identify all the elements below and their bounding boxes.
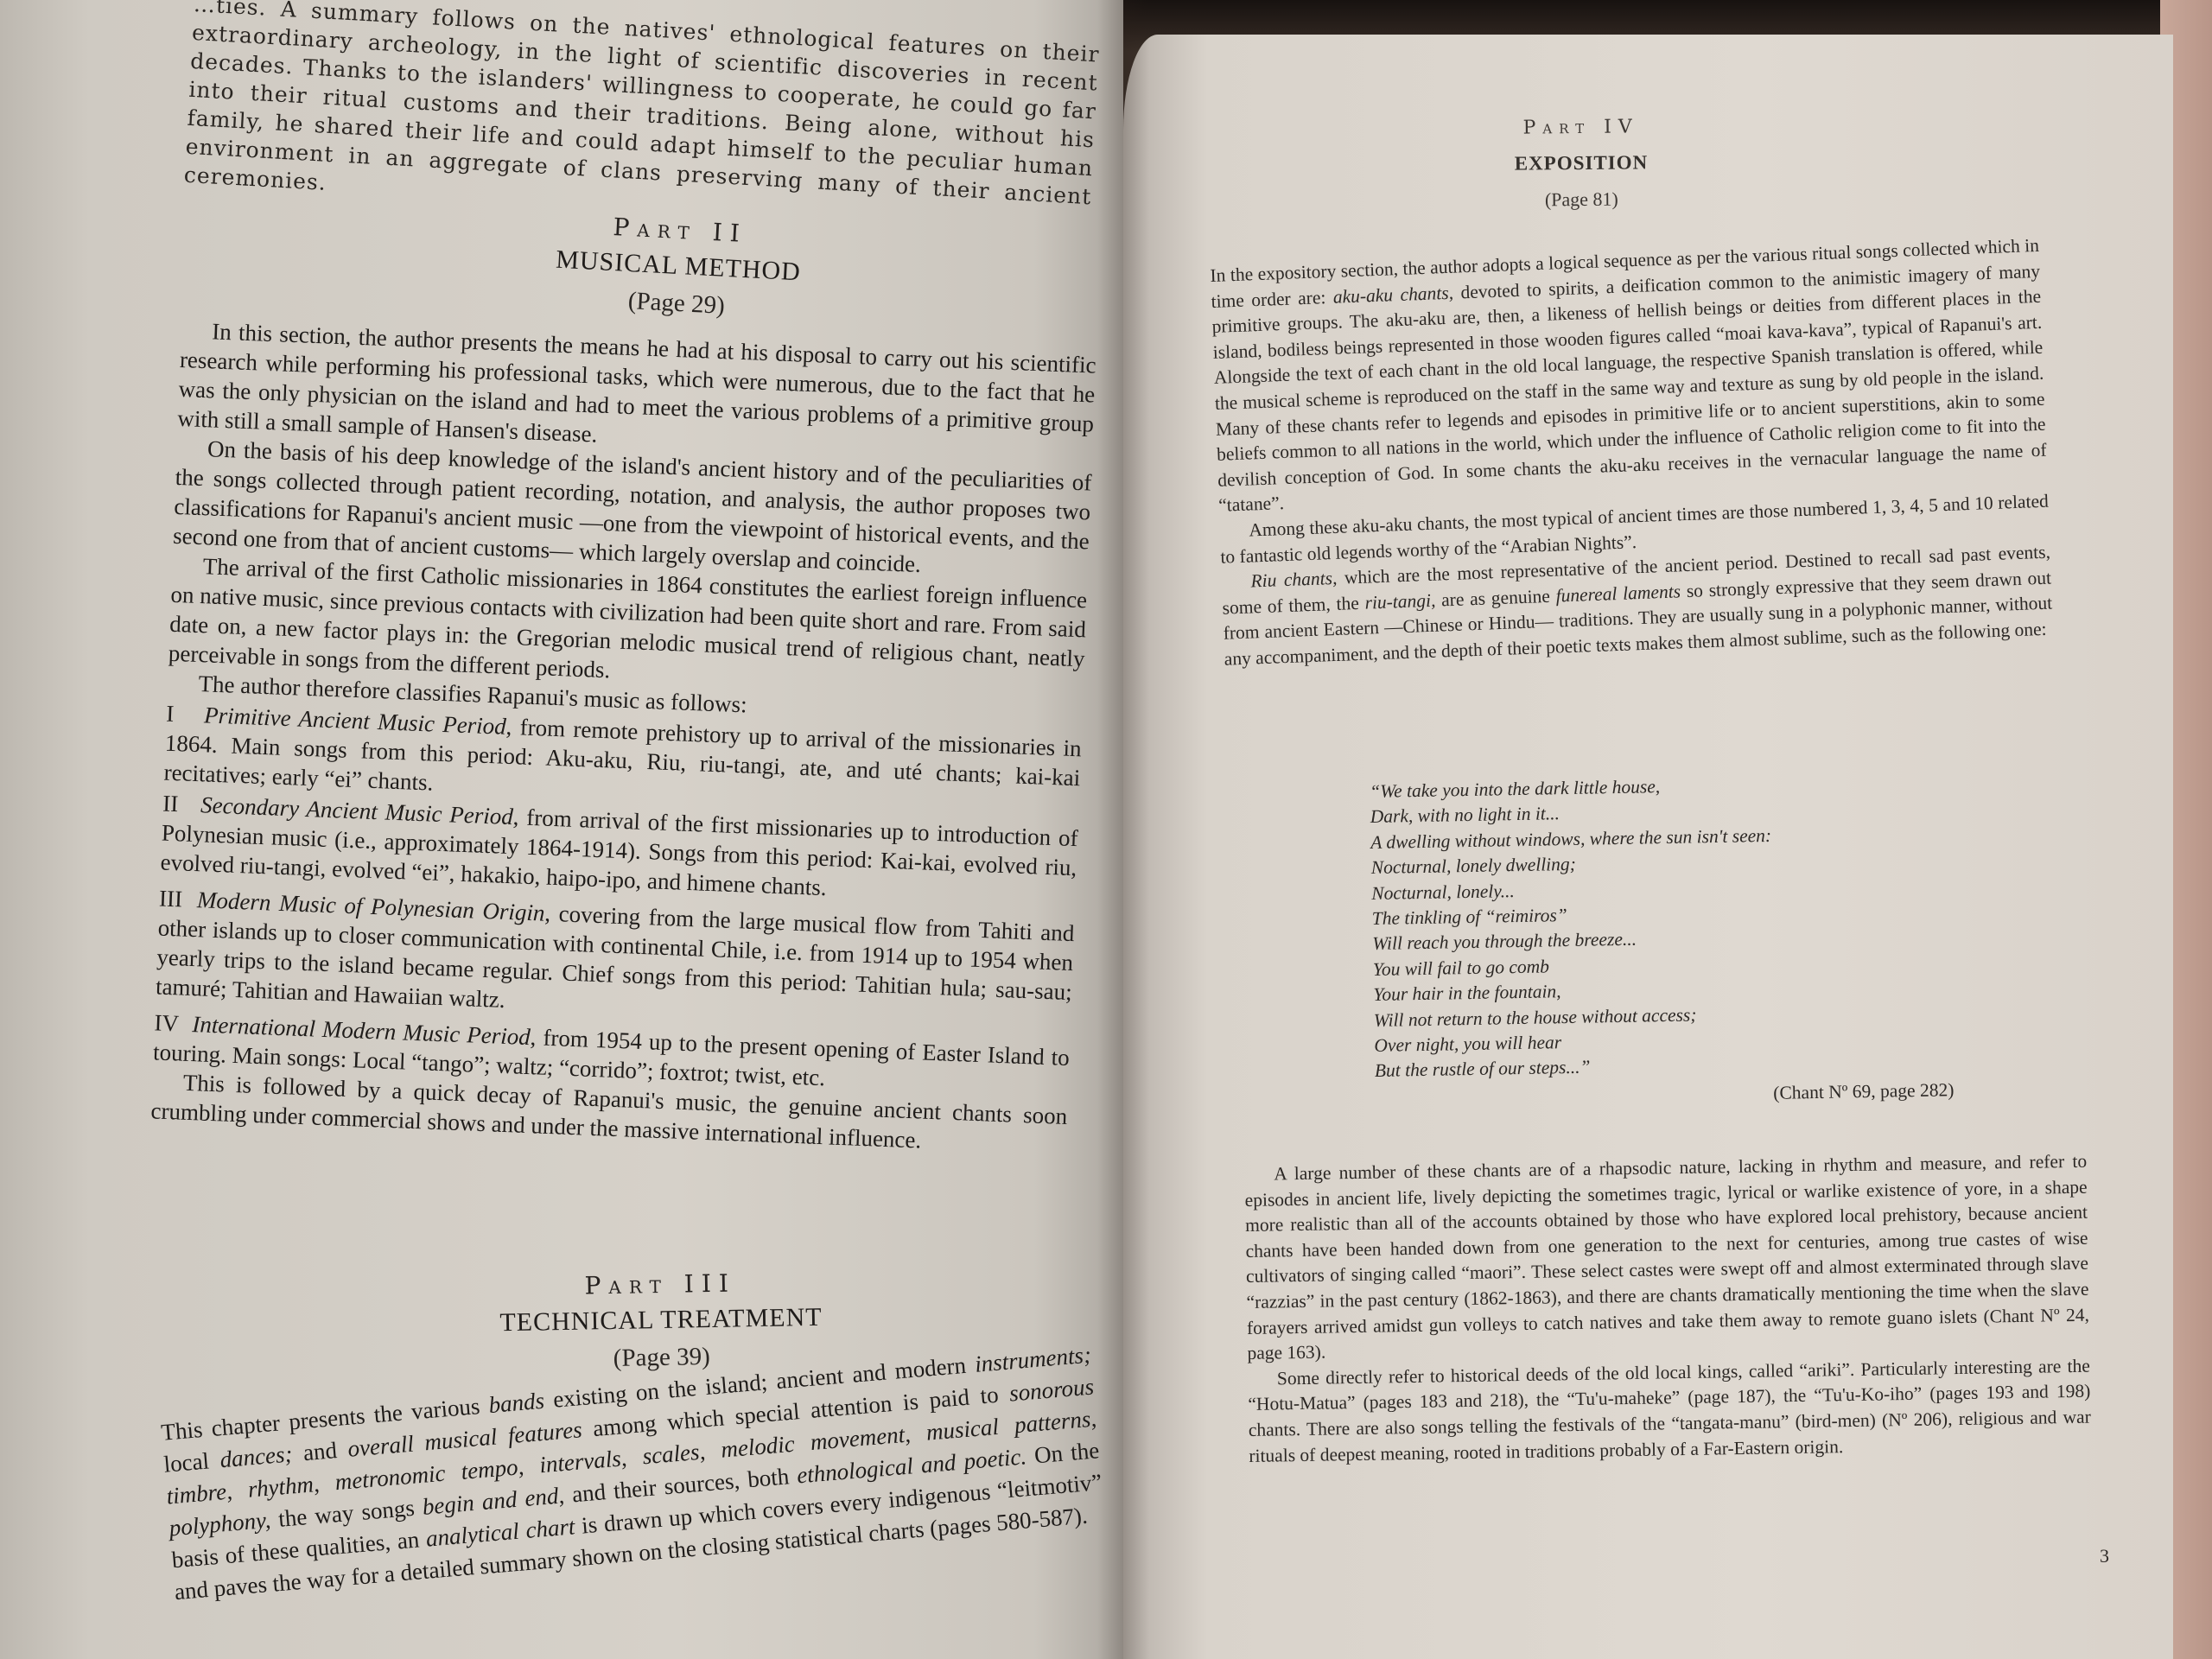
- paragraph: In the expository section, the author ad…: [1210, 233, 2048, 519]
- part-4-heading: Part IV EXPOSITION (Page 81): [1417, 115, 1746, 212]
- intro-text: …ties. A summary follows on the natives'…: [183, 0, 1100, 239]
- page-number: 3: [2100, 1545, 2109, 1567]
- emphasis: funereal laments: [1555, 581, 1681, 606]
- part-label: Part III: [470, 1267, 851, 1302]
- period-numeral: III: [158, 884, 197, 915]
- emphasis: dances;: [219, 1440, 293, 1472]
- part-3-body: This chapter presents the various bands …: [160, 1339, 1106, 1609]
- part-4-body: In the expository section, the author ad…: [1210, 233, 2054, 672]
- left-page: …ties. A summary follows on the natives'…: [0, 0, 1123, 1659]
- paragraph: A large number of these chants are of a …: [1244, 1149, 2090, 1367]
- period-numeral: I: [166, 699, 205, 730]
- part-4-body-continued: A large number of these chants are of a …: [1244, 1149, 2091, 1469]
- emphasis: riu-tangi,: [1364, 589, 1436, 613]
- period-numeral: II: [162, 789, 201, 820]
- part-2-heading: Part II MUSICAL METHOD (Page 29): [494, 207, 862, 327]
- emphasis: begin and end,: [422, 1482, 566, 1520]
- emphasis: bands: [487, 1388, 545, 1418]
- text-run: the way songs: [270, 1494, 423, 1533]
- right-page: Part IV EXPOSITION (Page 81) In the expo…: [1123, 35, 2173, 1659]
- chant-poem: “We take you into the dark little house,…: [1370, 769, 1980, 1113]
- part-3-heading: Part III TECHNICAL TREATMENT (Page 39): [470, 1267, 852, 1376]
- text-run: are as genuine: [1435, 585, 1556, 610]
- paragraph: Some directly refer to historical deeds …: [1248, 1353, 2092, 1469]
- book-gutter: [1097, 0, 1149, 1659]
- period-text: , covering from the large musical flow f…: [156, 900, 1075, 1013]
- part-label: Part IV: [1417, 115, 1745, 139]
- intro-paragraph: …ties. A summary follows on the natives'…: [183, 0, 1100, 239]
- page-reference: (Page 81): [1417, 187, 1745, 212]
- emphasis: analytical chart: [425, 1513, 576, 1551]
- section-title: EXPOSITION: [1417, 150, 1745, 175]
- paragraph: This chapter presents the various bands …: [160, 1339, 1106, 1609]
- text-run: local: [162, 1446, 221, 1477]
- period-numeral: IV: [154, 1007, 193, 1039]
- text-run: and: [291, 1436, 349, 1466]
- emphasis: aku-aku chants,: [1332, 282, 1453, 307]
- emphasis: instruments;: [974, 1342, 1092, 1377]
- section-title: TECHNICAL TREATMENT: [471, 1302, 852, 1338]
- part-2-body: In this section, the author presents the…: [150, 315, 1096, 1160]
- emphasis: Riu chants,: [1250, 568, 1338, 592]
